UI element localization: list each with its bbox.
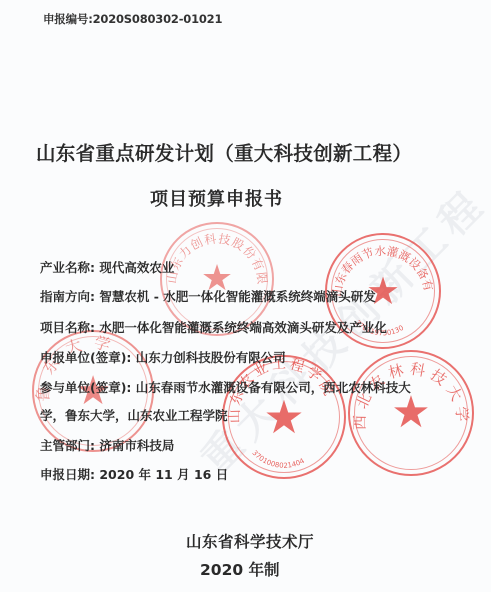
field-value: 现代高效农业 <box>99 260 174 275</box>
field-participants: 参与单位(签章): 山东春雨节水灌溉设备有限公司，西北农林科技大 <box>40 378 411 396</box>
field-value: 水肥一体化智能灌溉系统终端高效滴头研发及产业化 <box>99 320 387 335</box>
field-value: 2020 年 11 月 16 日 <box>99 467 228 482</box>
field-label: 参与单位(签章): <box>40 380 136 395</box>
field-label: 项目名称: <box>40 320 99 335</box>
field-guide-direction: 指南方向: 智慧农机 - 水肥一体化智能灌溉系统终端滴头研发 <box>40 287 376 305</box>
field-value: 山东春雨节水灌溉设备有限公司，西北农林科技大 <box>136 380 411 395</box>
field-value: 智慧农机 - 水肥一体化智能灌溉系统终端滴头研发 <box>99 289 375 304</box>
document-page: 申报编号:2020S080302-01021 重大科技创新工程 山东省重点研发计… <box>0 0 491 592</box>
application-number: 申报编号:2020S080302-01021 <box>43 11 222 27</box>
field-project-name: 项目名称: 水肥一体化智能灌溉系统终端高效滴头研发及产业化 <box>40 318 387 336</box>
stamp-nongye-gongcheng: ★ 山东农业工程学院 3701008021404 <box>222 355 346 479</box>
document-title: 山东省重点研发计划（重大科技创新工程） <box>36 138 412 166</box>
field-label: 申报日期: <box>40 467 99 482</box>
field-value: 山东力创科技股份有限公司 <box>136 350 286 365</box>
field-date: 申报日期: 2020 年 11 月 16 日 <box>40 465 228 483</box>
field-label: 主管部门: <box>40 438 99 453</box>
svg-text:3701008021404: 3701008021404 <box>250 449 306 470</box>
field-participants-cont: 学，鲁东大学，山东农业工程学院 <box>40 406 228 424</box>
stamp-text: 山东农业工程学院 3701008021404 <box>224 357 344 477</box>
issuer: 山东省科学技术厅 <box>186 530 314 552</box>
field-industry: 产业名称: 现代高效农业 <box>40 258 174 276</box>
document-subtitle: 项目预算申报书 <box>150 185 283 211</box>
field-label: 申报单位(签章): <box>40 350 136 365</box>
field-applicant: 申报单位(签章): 山东力创科技股份有限公司 <box>40 348 286 366</box>
stamp-text: 西北农林科技大学 <box>350 352 472 474</box>
field-value: 学，鲁东大学，山东农业工程学院 <box>40 408 228 423</box>
issue-year: 2020 年制 <box>200 558 280 580</box>
field-label: 产业名称: <box>40 260 99 275</box>
field-value: 济南市科技局 <box>99 438 174 453</box>
stamp-xibei-nonglin: ★ 西北农林科技大学 <box>348 350 474 476</box>
field-label: 指南方向: <box>40 289 99 304</box>
field-department: 主管部门: 济南市科技局 <box>40 436 174 454</box>
